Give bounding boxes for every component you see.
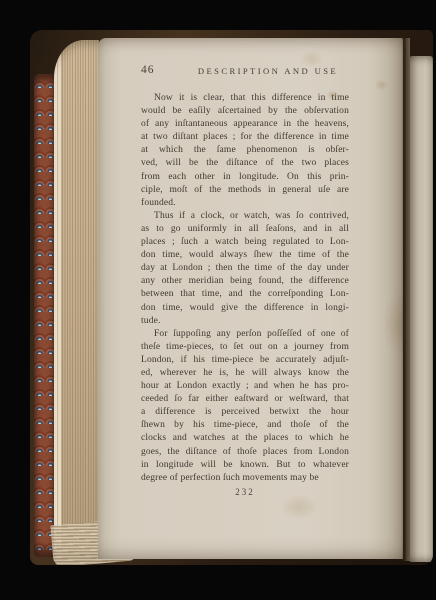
text-line: between that time, and the correſponding… (141, 288, 349, 301)
text-line: ved, will be the diſtance of the two pla… (141, 157, 349, 170)
paragraph: Now it is clear, that this difference in… (141, 92, 349, 210)
paragraph: For ſuppoſing any perſon poſſeſſed of on… (141, 328, 349, 485)
text-line: any other meridian being found, the diff… (141, 275, 349, 288)
text-line: a difference is perceived betwixt the ho… (141, 406, 349, 419)
text-line: clocks and watches at the places to whic… (141, 432, 349, 445)
book: 46 DESCRIPTION AND USE Now it is clear, … (30, 30, 433, 565)
text-line: founded. (141, 197, 349, 210)
text-line: Now it is clear, that this difference in… (141, 92, 349, 105)
text-line: at which the ſame phenomenon is obſer- (141, 144, 349, 157)
text-line: of any inſtantaneous appearance in the h… (141, 118, 349, 131)
text-line: degree of perfection ſuch movements may … (141, 472, 349, 485)
text-line: as to go uniformly in all ſeaſons, and i… (141, 223, 349, 236)
facing-page-sliver (410, 56, 433, 562)
text-line: theſe time-pieces, to ſet out on a journ… (141, 341, 349, 354)
page-fore-edges (54, 40, 99, 553)
text-line: Thus if a clock, or watch, was ſo contri… (141, 210, 349, 223)
running-header: DESCRIPTION AND USE (141, 66, 349, 76)
text-line: goes, the diſtance of thoſe places from … (141, 446, 349, 459)
text-line: would be eaſily aſcertained by the obſer… (141, 105, 349, 118)
text-line: places ; ſuch a watch being regulated to… (141, 236, 349, 249)
text-line: ed, wherever he is, he will always know … (141, 367, 349, 380)
text-line: tude. (141, 315, 349, 328)
text-line: ceeded ſo far either eaſtward or weſtwar… (141, 393, 349, 406)
photo-stage: 46 DESCRIPTION AND USE Now it is clear, … (0, 0, 436, 600)
paragraph: Thus if a clock, or watch, was ſo contri… (141, 210, 349, 328)
marbled-board-edge (34, 74, 55, 557)
text-line: from each other in longitude. On this pr… (141, 171, 349, 184)
signature-mark: 232 (141, 487, 349, 497)
text-line: don time, would give the difference in l… (141, 302, 349, 315)
text-line: ſhewn by his time-piece, and thoſe of th… (141, 419, 349, 432)
text-line: don time, would always ſhew the time of … (141, 249, 349, 262)
text-block: Now it is clear, that this difference in… (141, 92, 349, 485)
gutter-shadow (401, 38, 410, 561)
text-line: For ſuppoſing any perſon poſſeſſed of on… (141, 328, 349, 341)
text-line: ciple, moſt of the methods in general uſ… (141, 184, 349, 197)
text-line: London, if his time-piece be accurately … (141, 354, 349, 367)
book-page: 46 DESCRIPTION AND USE Now it is clear, … (98, 38, 403, 559)
text-line: hour at London exactly ; and when he has… (141, 380, 349, 393)
text-line: in longitude will be known. But to whate… (141, 459, 349, 472)
page-header: 46 DESCRIPTION AND USE (141, 64, 349, 78)
text-line: at two diſtant places ; for the differen… (141, 131, 349, 144)
text-line: day at London ; then the time of the day… (141, 262, 349, 275)
